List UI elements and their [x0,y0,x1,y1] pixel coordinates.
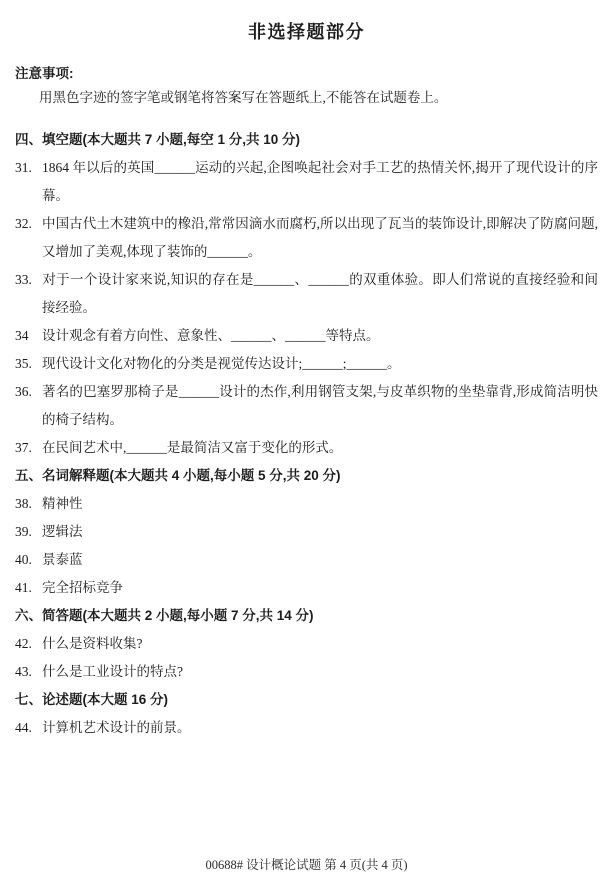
question-text: 设计观念有着方向性、意象性、______、______等特点。 [42,328,380,343]
section-header-6: 六、简答题(本大题共 2 小题,每小题 7 分,共 14 分) [15,602,598,630]
question-text: 中国古代土木建筑中的橡沿,常常因滴水而腐朽,所以出现了瓦当的装饰设计,即解决了防… [42,216,598,259]
section-header-4: 四、填空题(本大题共 7 小题,每空 1 分,共 10 分) [15,126,598,154]
question-text: 对于一个设计家来说,知识的存在是______、______的双重体验。即人们常说… [42,272,598,315]
question-32: 32.中国古代土木建筑中的橡沿,常常因滴水而腐朽,所以出现了瓦当的装饰设计,即解… [15,210,598,266]
section-header-5: 五、名词解释题(本大题共 4 小题,每小题 5 分,共 20 分) [15,462,598,490]
question-39: 39.逻辑法 [15,518,598,546]
question-44: 44.计算机艺术设计的前景。 [15,714,598,742]
question-number: 39. [15,518,42,546]
question-number: 31. [15,154,42,182]
question-43: 43.什么是工业设计的特点? [15,658,598,686]
page-footer: 00688# 设计概论试题 第 4 页(共 4 页) [0,857,613,873]
page-title: 非选择题部分 [15,20,598,44]
notice-block: 注意事项: 用黑色字迹的签字笔或钢笔将答案写在答题纸上,不能答在试题卷上。 [15,62,598,110]
question-38: 38.精神性 [15,490,598,518]
question-text: 什么是工业设计的特点? [42,664,183,679]
section-header-7: 七、论述题(本大题 16 分) [15,686,598,714]
question-number: 43. [15,658,42,686]
question-text: 著名的巴塞罗那椅子是______设计的杰作,利用钢管支架,与皮革织物的坐垫靠背,… [42,384,598,427]
section-short-answers: 六、简答题(本大题共 2 小题,每小题 7 分,共 14 分) 42.什么是资料… [15,602,598,686]
question-37: 37.在民间艺术中,______是最简洁又富于变化的形式。 [15,434,598,462]
question-text: 计算机艺术设计的前景。 [42,720,191,735]
question-number: 32. [15,210,42,238]
question-text: 在民间艺术中,______是最简洁又富于变化的形式。 [42,440,342,455]
question-40: 40.景泰蓝 [15,546,598,574]
question-number: 42. [15,630,42,658]
question-33: 33.对于一个设计家来说,知识的存在是______、______的双重体验。即人… [15,266,598,322]
question-number: 37. [15,434,42,462]
question-text: 1864 年以后的英国______运动的兴起,企图唤起社会对手工艺的热情关怀,揭… [42,160,598,203]
exam-page: 非选择题部分 注意事项: 用黑色字迹的签字笔或钢笔将答案写在答题纸上,不能答在试… [0,0,613,885]
question-number: 35. [15,350,42,378]
question-42: 42.什么是资料收集? [15,630,598,658]
question-34: 34设计观念有着方向性、意象性、______、______等特点。 [15,322,598,350]
question-number: 44. [15,714,42,742]
question-35: 35.现代设计文化对物化的分类是视觉传达设计;______;______。 [15,350,598,378]
question-text: 精神性 [42,496,83,511]
question-number: 33. [15,266,42,294]
question-text: 景泰蓝 [42,552,83,567]
question-31: 31.1864 年以后的英国______运动的兴起,企图唤起社会对手工艺的热情关… [15,154,598,210]
question-number: 34 [15,322,42,350]
question-number: 41. [15,574,42,602]
question-number: 40. [15,546,42,574]
question-text: 逻辑法 [42,524,83,539]
section-term-definitions: 五、名词解释题(本大题共 4 小题,每小题 5 分,共 20 分) 38.精神性… [15,462,598,602]
section-essay: 七、论述题(本大题 16 分) 44.计算机艺术设计的前景。 [15,686,598,742]
question-36: 36.著名的巴塞罗那椅子是______设计的杰作,利用钢管支架,与皮革织物的坐垫… [15,378,598,434]
question-number: 38. [15,490,42,518]
notice-text: 用黑色字迹的签字笔或钢笔将答案写在答题纸上,不能答在试题卷上。 [15,86,598,110]
question-text: 完全招标竞争 [42,580,123,595]
question-text: 什么是资料收集? [42,636,143,651]
exam-content: 非选择题部分 注意事项: 用黑色字迹的签字笔或钢笔将答案写在答题纸上,不能答在试… [0,0,613,742]
question-41: 41.完全招标竞争 [15,574,598,602]
question-text: 现代设计文化对物化的分类是视觉传达设计;______;______。 [42,356,401,371]
question-number: 36. [15,378,42,406]
section-fill-in-blanks: 四、填空题(本大题共 7 小题,每空 1 分,共 10 分) 31.1864 年… [15,126,598,462]
notice-heading: 注意事项: [15,62,598,86]
